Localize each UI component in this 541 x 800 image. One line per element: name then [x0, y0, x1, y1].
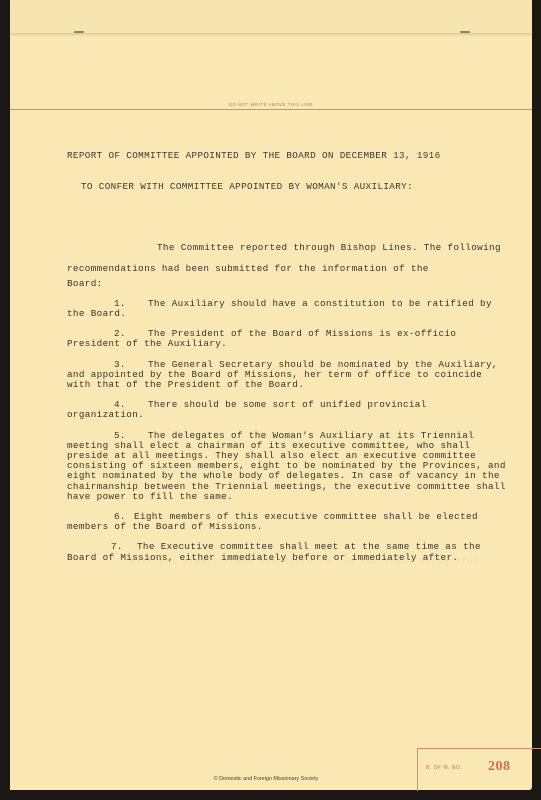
recommendation-item-3: 3.The General Secretary should be nomina…: [67, 360, 507, 391]
board-label: Board:: [67, 279, 507, 289]
page-number-stamp: 208: [488, 759, 511, 775]
recommendation-item-2: 2.The President of the Board of Missions…: [67, 329, 507, 349]
paper-sheet: DO NOT WRITE ABOVE THIS LINE "Will you p…: [10, 0, 532, 790]
recommendation-item-7: 7.The Executive committee shall meet at …: [67, 542, 507, 562]
intro-paragraph: The Committee reported through Bishop Li…: [67, 237, 507, 279]
document-title: REPORT OF COMMITTEE APPOINTED BY THE BOA…: [67, 131, 507, 213]
recommendation-item-1: 1.The Auxiliary should have a constituti…: [67, 299, 507, 319]
title-line-1: REPORT OF COMMITTEE APPOINTED BY THE BOA…: [67, 151, 507, 161]
copyright-notice: © Domestic and Foreign Missionary Societ…: [0, 776, 532, 782]
recommendation-item-5: 5.The delegates of the Woman's Auxiliary…: [67, 431, 507, 502]
header-rule-line: [10, 109, 532, 110]
scanned-page: DO NOT WRITE ABOVE THIS LINE "Will you p…: [0, 0, 541, 800]
recommendation-item-6: 6.Eight members of this executive commit…: [67, 512, 507, 532]
paper-fold: [10, 0, 532, 34]
title-line-2: TO CONFER WITH COMMITTEE APPOINTED BY WO…: [67, 182, 507, 192]
document-body: REPORT OF COMMITTEE APPOINTED BY THE BOA…: [67, 131, 507, 563]
item-text: The delegates of the Woman's Auxiliary a…: [67, 430, 506, 502]
page-number-box: B. OF M. NO. 208: [417, 748, 541, 791]
fold-mark-left: [74, 31, 84, 33]
page-number-label: B. OF M. NO.: [426, 765, 462, 771]
do-not-write-label: DO NOT WRITE ABOVE THIS LINE: [10, 102, 532, 107]
recommendation-item-4: 4.There should be some sort of unified p…: [67, 400, 507, 420]
fold-mark-right: [460, 31, 470, 33]
